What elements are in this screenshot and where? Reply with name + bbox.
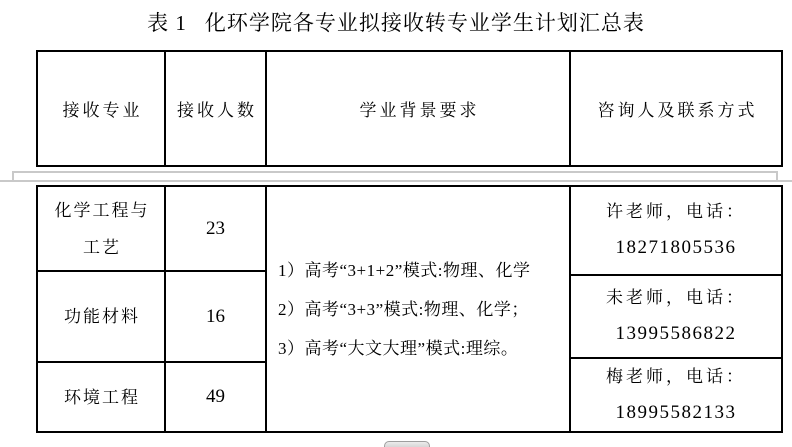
contact-name: 未老师，电话： xyxy=(606,280,746,316)
contact-name: 梅老师，电话： xyxy=(606,359,746,395)
page-break-edge-right xyxy=(776,171,778,182)
contact-phone: 13995586822 xyxy=(616,316,737,352)
cell-count-3: 49 xyxy=(166,363,265,431)
cell-contact-mei: 梅老师，电话： 18995582133 xyxy=(571,359,781,431)
column-requirements: 1）高考“3+1+2”模式:物理、化学 2）高考“3+3”模式:物理、化学； 3… xyxy=(267,187,571,431)
page-break-edge-left xyxy=(12,171,14,182)
header-cell-contact: 咨询人及联系方式 xyxy=(571,52,781,165)
table-title: 表 1化环学院各专业拟接收转专业学生计划汇总表 xyxy=(0,7,792,37)
page-break-line-top xyxy=(13,171,777,173)
table-title-text: 化环学院各专业拟接收转专业学生计划汇总表 xyxy=(205,11,645,35)
cell-count-1: 23 xyxy=(166,187,265,272)
header-cell-requirements: 学业背景要求 xyxy=(267,52,571,165)
table-number: 表 1 xyxy=(147,11,187,35)
major-line: 功能材料 xyxy=(62,298,140,335)
requirement-line-2: 2）高考“3+3”模式:物理、化学； xyxy=(278,290,569,329)
page-break-line-bottom xyxy=(0,180,792,182)
requirement-line-3: 3）高考“大文大理”模式:理综。 xyxy=(278,329,569,368)
column-major: 化学工程与 工艺 功能材料 环境工程 xyxy=(38,187,166,431)
major-line: 化学工程与 xyxy=(53,192,150,229)
cell-contact-wei: 未老师，电话： 13995586822 xyxy=(571,276,781,359)
major-line: 环境工程 xyxy=(62,379,140,416)
cell-contact-xu: 许老师，电话： 18271805536 xyxy=(571,187,781,276)
table-header-row: 接收专业 接收人数 学业背景要求 咨询人及联系方式 xyxy=(36,50,783,167)
table-body: 化学工程与 工艺 功能材料 环境工程 23 16 49 1）高考“3+1+2”模… xyxy=(36,185,783,433)
cell-requirements-merged: 1）高考“3+1+2”模式:物理、化学 2）高考“3+3”模式:物理、化学； 3… xyxy=(267,251,569,368)
cell-major-environmental-engineering: 环境工程 xyxy=(38,363,164,431)
page-gap-button[interactable] xyxy=(384,441,430,447)
contact-phone: 18271805536 xyxy=(616,230,737,266)
cell-major-functional-materials: 功能材料 xyxy=(38,272,164,363)
major-line: 工艺 xyxy=(81,229,121,266)
contact-phone: 18995582133 xyxy=(616,395,737,431)
header-cell-count: 接收人数 xyxy=(166,52,267,165)
cell-major-chemical-engineering: 化学工程与 工艺 xyxy=(38,187,164,272)
column-contact: 许老师，电话： 18271805536 未老师，电话： 13995586822 … xyxy=(571,187,781,431)
column-count: 23 16 49 xyxy=(166,187,267,431)
cell-count-2: 16 xyxy=(166,272,265,363)
header-cell-major: 接收专业 xyxy=(38,52,166,165)
contact-name: 许老师，电话： xyxy=(606,194,746,230)
requirement-line-1: 1）高考“3+1+2”模式:物理、化学 xyxy=(278,251,569,290)
